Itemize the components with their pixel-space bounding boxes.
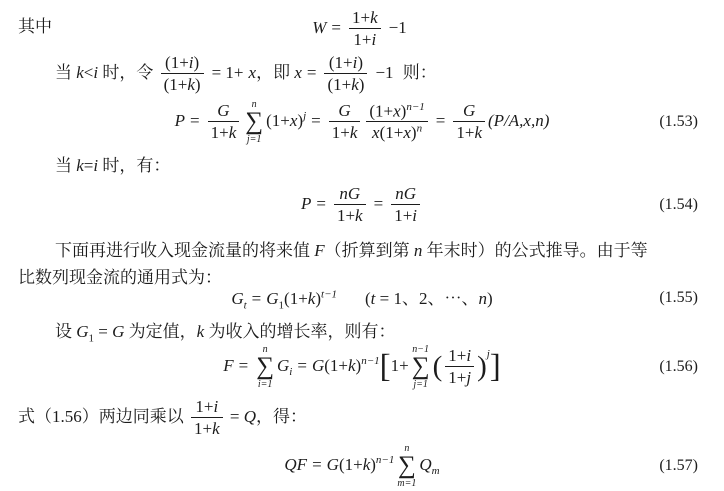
summation: n∑m=1 [397,443,416,489]
case-lt-text: 当 k<i 时，令 (1+i)(1+k)= 1+x，即 x=(1+i)(1+k)… [55,53,437,95]
var-W: W [312,18,326,37]
equation-label-1-56: (1.56) [659,358,698,376]
equation-1-56: F=n∑i=1Gi=G(1+k)n−1[1+n−1∑j=1(1+i1+j)j] … [0,338,724,396]
sigma-icon: ∑ [398,454,416,478]
text-line-multiply: 式（1.56）两边同乘以 1+i1+k = Q，得： [18,397,307,439]
equation-1-54: P=nG1+k=nG1+i (1.54) [0,182,724,228]
fraction: (1+i)(1+k) [161,53,204,95]
equation-w-body: W=1+k1+i−1 [312,8,412,50]
equation-1-53: P=G1+kn∑j=1(1+x)j=G1+k(1+x)n−1x(1+x)n=G1… [0,96,724,148]
fraction: 1+i1+j [445,346,474,388]
equation-w: W=1+k1+i−1 [0,6,724,52]
equation-label-1-55: (1.55) [659,289,698,307]
left-paren: ( [433,350,443,382]
equation-label-1-57: (1.57) [659,457,698,475]
right-paren: ) [477,350,487,382]
summation: n−1∑j=1 [412,344,430,390]
equation-label-1-53: (1.53) [659,113,698,131]
sigma-icon: ∑ [245,110,263,134]
fraction-denominator: 1+i [349,28,381,50]
equals-sign: = [326,18,346,37]
case-eq-text: 当 k=i 时，有： [55,151,170,176]
fraction-numerator: 1+k [349,8,381,28]
fraction: G1+k [453,101,485,143]
textbook-page: 其中 W=1+k1+i−1 当 k<i 时，令 (1+i)(1+k)= 1+x，… [0,0,724,491]
equation-1-55: Gt=G1(1+k)t−1(t = 1、2、⋯、n) (1.55) [0,284,724,312]
multiply-text: 式（1.56）两边同乘以 1+i1+k = Q，得： [18,397,307,439]
fraction: G1+k [208,101,240,143]
fraction: (1+i)(1+k) [324,53,367,95]
minus-one: −1 [384,18,412,37]
right-bracket: ] [490,349,501,385]
summation: n∑i=1 [256,344,274,390]
equation-1-53-body: P=G1+kn∑j=1(1+x)j=G1+k(1+x)n−1x(1+x)n=G1… [175,99,550,145]
fraction: nG1+i [391,184,420,226]
sigma-icon: ∑ [256,355,274,379]
text-line-case-k-eq-i: 当 k=i 时，有： [55,152,170,174]
summation: n∑j=1 [245,99,263,145]
paragraph-line-1: 下面再进行收入现金流量的将来值 F（折算到第 n 年末时）的公式推导。由于等 [55,236,648,261]
equation-1-57-body: QF=G(1+k)n−1n∑m=1Qm [284,443,439,489]
equation-label-1-54: (1.54) [659,196,698,214]
fraction: G1+k [329,101,361,143]
equation-1-54-body: P=nG1+k=nG1+i [301,184,423,226]
fraction: (1+x)n−1x(1+x)n [366,101,427,143]
fraction: 1+i1+k [191,397,223,439]
equation-1-56-body: F=n∑i=1Gi=G(1+k)n−1[1+n−1∑j=1(1+i1+j)j] [223,344,501,390]
fraction: 1+k1+i [349,8,381,50]
sigma-icon: ∑ [412,355,430,379]
fraction: nG1+k [334,184,366,226]
text-line-case-k-lt-i: 当 k<i 时，令 (1+i)(1+k)= 1+x，即 x=(1+i)(1+k)… [55,52,437,96]
left-bracket: [ [380,349,391,385]
factor-notation: (P/A,x,n) [488,111,549,130]
equation-1-57: QF=G(1+k)n−1n∑m=1Qm (1.57) [0,438,724,491]
equation-1-55-body: Gt=G1(1+k)t−1(t = 1、2、⋯、n) [231,284,492,311]
